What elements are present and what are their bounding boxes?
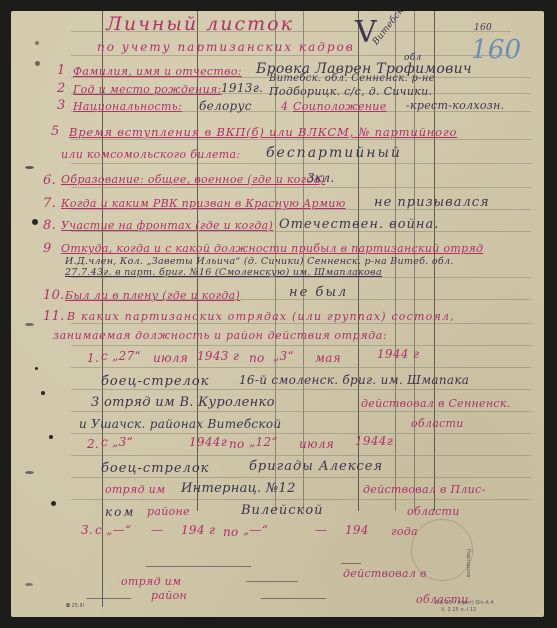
period-2-to-year: 1944г <box>355 434 393 448</box>
field-4-value: -крест-колхозн. <box>406 99 504 112</box>
document-title: Личный листок <box>106 13 294 35</box>
punch-mark <box>35 41 39 45</box>
field-7-num: 7. <box>43 196 56 211</box>
period-3-from-day: с „—“ <box>95 523 131 537</box>
field-4-label: Соцположение <box>293 100 387 113</box>
document-subtitle: по учету партизанских кадров <box>97 40 355 54</box>
field-7-value: не призывался <box>374 195 490 210</box>
rule-line <box>71 323 531 324</box>
punch-mark <box>25 471 34 474</box>
period-1-acted-in: действовал в Сенненск. <box>361 397 511 410</box>
field-9-value-line1: И.Д.член, Кол. „Заветы Ильича“ (д. Сичик… <box>65 256 454 267</box>
field-11-label: В каких партизанских отрядах (или группа… <box>67 310 455 323</box>
field-8-num: 8. <box>43 218 56 233</box>
field-9-label: Откуда, когда и с какой должности прибыл… <box>61 242 483 255</box>
rule-line <box>71 477 531 478</box>
field-6-value: 3кл. <box>307 171 334 185</box>
field-2-year: 1913г. <box>221 81 263 95</box>
punch-mark <box>35 61 40 66</box>
period-2-region-label: области <box>407 505 460 518</box>
rule-line <box>71 433 531 434</box>
footer-right-print-line2: V, 2 25 л. I 12 <box>441 607 476 613</box>
period-2-acted-in: действовал в Плис- <box>363 483 486 496</box>
period-2-index: 2. <box>87 437 99 451</box>
footer-left-print: ◘ 25.III <box>66 603 84 609</box>
period-2-unit: бригады Алексея <box>249 459 383 474</box>
period-1-to-month: мая <box>315 351 341 365</box>
field-10-label: Был ли в плену (где и когда) <box>65 289 240 302</box>
period-3-to-label: по <box>223 525 239 539</box>
field-8-value: Отечествен. война. <box>279 217 439 232</box>
blank-line <box>86 598 131 599</box>
field-3-value: белорус <box>199 99 252 113</box>
field-5-num: 5 <box>51 124 60 139</box>
period-3-dash: — <box>151 523 163 537</box>
field-9-num: 9 <box>43 241 52 256</box>
period-2-position: боец-стрелок <box>101 461 209 476</box>
rule-line <box>71 139 531 140</box>
field-1-label: Фамилия, имя и отчество: <box>73 65 242 78</box>
field-5-label-line2: или комсомольского билета: <box>61 148 240 161</box>
document-sheet: Личный листок по учету партизанских кадр… <box>11 11 544 617</box>
punch-mark <box>41 391 45 395</box>
period-1-to-label: по <box>249 351 265 365</box>
punch-mark <box>51 501 56 506</box>
field-7-label: Когда и каким РВК призван в Красную Арми… <box>61 197 346 210</box>
period-1-from-month: июля <box>153 351 188 365</box>
period-3-acted-in: действовал в <box>343 567 427 580</box>
field-2-label: Год и место рождения: <box>73 83 222 96</box>
rule-line <box>71 455 531 456</box>
period-2-to-day: „12“ <box>249 435 278 449</box>
period-3-from-year: 194 г <box>181 523 215 537</box>
period-1-detachment: 3 отряд им В. Куроленко <box>91 395 275 410</box>
period-1-region-label: области <box>411 417 464 430</box>
period-2-to-month: июля <box>299 437 334 451</box>
period-2-from-day: с „3“ <box>101 435 133 449</box>
period-2-district: Вилейской <box>241 503 324 518</box>
archive-stamp <box>411 519 473 581</box>
field-10-num: 10. <box>43 288 65 303</box>
rule-line <box>71 187 531 188</box>
rule-line <box>71 367 531 368</box>
field-4-num: 4 <box>281 100 288 113</box>
period-2-detachment: Интернац. №12 <box>181 481 296 496</box>
rule-line <box>71 411 531 412</box>
punch-mark <box>25 583 33 586</box>
field-2-place-line2: Подборицк. с/с, д. Сичики. <box>269 85 432 98</box>
archive-number-small: 160 <box>474 23 492 33</box>
period-1-district: и Ушачск. районах Витебской <box>79 417 281 431</box>
archive-checkmark: V <box>355 15 377 50</box>
period-1-unit: 16-й смоленск. бриг. им. Шмапака <box>239 373 469 387</box>
footer-right-print-line1: Δ C-25 г (прот) Din A 4 <box>435 600 494 606</box>
period-1-to-year: 1944 г <box>377 347 419 361</box>
archive-number-large: 160 <box>471 35 522 65</box>
period-1-from-year: 1943 г <box>197 349 239 363</box>
rule-line <box>71 345 531 346</box>
field-3-num: 3 <box>57 98 66 113</box>
field-11-label-line2: занимаемая должность и район действия от… <box>53 329 387 342</box>
period-2-detachment-label: отряд им <box>105 483 165 496</box>
rule-line <box>71 499 531 500</box>
field-5-label: Время вступления в ВКП(б) или ВЛКСМ, № п… <box>69 125 457 139</box>
field-5-value: беспартийный <box>266 145 402 161</box>
period-2-to-label: по <box>229 437 245 451</box>
field-8-label: Участие на фронтах (где и когда) <box>61 219 273 232</box>
field-6-label: Образование: общее, военное (где и когда… <box>61 173 325 186</box>
blank-line <box>341 563 361 564</box>
blank-line <box>261 598 326 599</box>
punch-mark <box>25 166 34 169</box>
period-3-index: 3. <box>81 523 93 537</box>
period-1-from-day: с „27“ <box>101 349 141 363</box>
field-9-value-line2: 27.7.43г. в парт. бриг. №16 (Смоленскую)… <box>65 267 382 278</box>
punch-mark <box>35 367 38 370</box>
stamp-text: Партархив <box>465 549 471 577</box>
period-2-from-year: 1944г <box>189 435 227 449</box>
rule-line <box>71 55 511 56</box>
period-1-position: боец-стрелок <box>101 374 209 389</box>
field-1-num: 1 <box>57 63 66 78</box>
period-3-to-day: „—“ <box>243 523 268 537</box>
blank-line <box>146 566 251 567</box>
blank-line <box>246 581 298 582</box>
field-11-num: 11. <box>43 309 65 324</box>
period-3-detachment-label: отряд им <box>121 575 181 588</box>
period-1-index: 1. <box>87 351 99 365</box>
period-3-district-label: район <box>151 589 187 602</box>
period-3-to-year: 194 <box>345 523 369 537</box>
punch-mark <box>49 435 53 439</box>
period-2-district-prefix: ком <box>105 505 135 519</box>
period-1-to-day: „3“ <box>273 349 294 363</box>
rule-line <box>71 389 531 390</box>
rule-line <box>71 163 531 164</box>
field-10-value: не был <box>289 285 348 300</box>
field-6-num: 6. <box>43 173 56 188</box>
field-2-place-line1: Витебск. обл. Сенненск. р-не <box>269 73 435 84</box>
field-2-num: 2 <box>57 81 66 96</box>
punch-mark <box>32 219 38 225</box>
punch-mark <box>25 323 34 326</box>
period-3-dash-2: — <box>315 523 327 537</box>
field-3-label: Национальность: <box>73 100 182 113</box>
period-2-district-label: районе <box>147 505 190 518</box>
